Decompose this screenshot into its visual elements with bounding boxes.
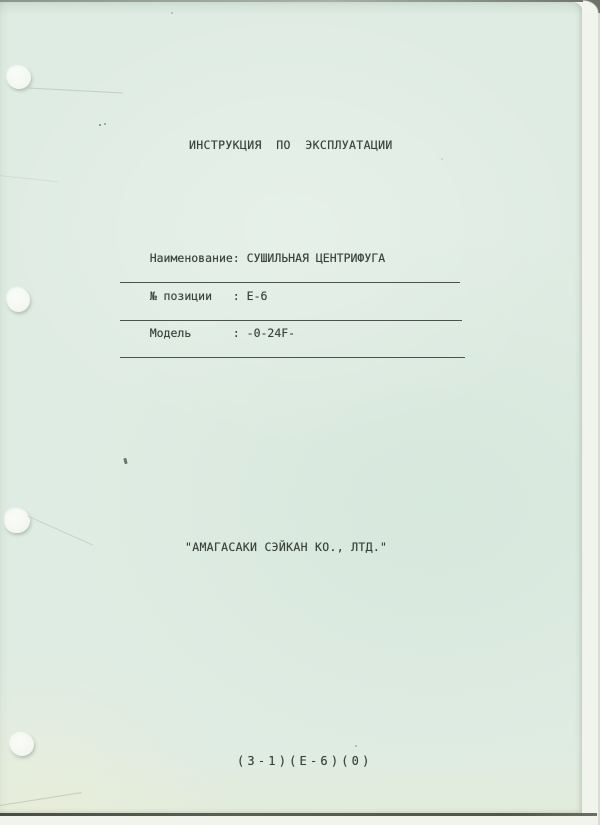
scan-speck — [171, 12, 173, 14]
paper-crease — [0, 175, 58, 182]
field-label-model: Модель : — [150, 326, 247, 340]
scan-speck — [104, 123, 106, 125]
punch-hole — [7, 288, 30, 312]
field-value-name: СУШИЛЬНАЯ ЦЕНТРИФУГА — [247, 251, 385, 265]
paper-crease — [0, 792, 82, 807]
scan-speck — [99, 124, 101, 126]
field-label-name: Наименование: — [150, 251, 247, 265]
document-code: (3-1)(Е-6)(0) — [237, 754, 373, 768]
field-value-model: -0-24F- — [247, 326, 295, 340]
punch-hole — [10, 733, 34, 756]
punch-hole — [5, 509, 30, 533]
paper-crease — [28, 88, 123, 94]
company-name: "АМАГАСАКИ СЭЙКАН КО., ЛТД." — [185, 540, 387, 554]
field-label-position-number: № позиции : — [150, 289, 247, 303]
field-row-model: Модель : -0-24F- — [120, 312, 465, 358]
scan-top-edge — [0, 0, 600, 2]
page-bottom-edge-shadow — [0, 813, 597, 816]
field-value-position-number: Е-6 — [247, 289, 268, 303]
document-page: ИНСТРУКЦИЯ ПО ЭКСПЛУАТАЦИИ Наименование:… — [0, 2, 582, 813]
backing-sheet-corner — [583, 0, 600, 13]
document-title: ИНСТРУКЦИЯ ПО ЭКСПЛУАТАЦИИ — [189, 138, 393, 152]
punch-hole — [7, 66, 31, 89]
paper-crease — [27, 515, 93, 545]
scan-speck — [123, 458, 127, 465]
scan-speck — [355, 745, 357, 747]
scan-speck — [441, 158, 443, 160]
